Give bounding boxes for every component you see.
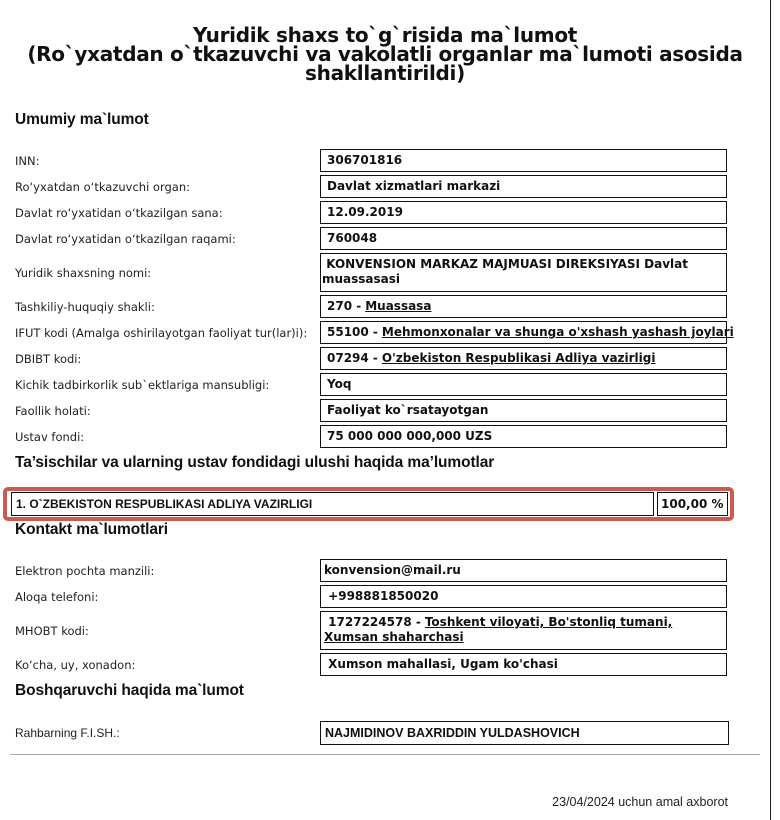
entity-name-text: KONVENSION MARKAZ MAJMUASI DIREKSIYASI D… [322, 257, 720, 287]
value-street-address: Xumson mahallasi, Ugam ko'chasi [320, 653, 727, 676]
label-registration-date: Davlat ro‘yxatidan o‘tkazilgan sana: [15, 201, 223, 224]
label-small-business: Kichik tadbirkorlik sub`ektlariga mansub… [15, 373, 269, 396]
section-contacts-heading: Kontakt ma`lumotlari [15, 521, 168, 539]
title-line-3: shakllantirildi) [0, 64, 770, 83]
value-dbibt-code: 07294 - O'zbekiston Respublikasi Adliya … [320, 347, 727, 370]
value-email: konvension@mail.ru [320, 559, 727, 582]
value-inn: 306701816 [320, 149, 727, 172]
legal-form-link[interactable]: Muassasa [365, 299, 431, 314]
label-director-name: Rahbarning F.I.SH.: [15, 721, 120, 745]
founder-share: 100,00 % [657, 492, 728, 516]
label-mhobt-code: MHOBT kodi: [15, 611, 89, 650]
value-director-name: NAJMIDINOV BAXRIDDIN YULDASHOVICH [320, 721, 729, 745]
legal-form-code: 270 - [327, 299, 361, 314]
label-activity-status: Faollik holati: [15, 399, 91, 422]
value-legal-form: 270 - Muassasa [320, 295, 727, 318]
footer-date-note: 23/04/2024 uchun amal axborot [552, 795, 728, 809]
label-dbibt-code: DBIBT kodi: [15, 347, 81, 370]
founder-name: 1. O`ZBEKISTON RESPUBLIKASI ADLIYA VAZIR… [11, 492, 654, 516]
label-registering-organ: Ro‘yxatdan o‘tkazuvchi organ: [15, 175, 190, 198]
value-registering-organ: Davlat xizmatlari markazi [320, 175, 727, 198]
value-registration-number: 760048 [320, 227, 727, 250]
dbibt-authority-link[interactable]: O'zbekiston Respublikasi Adliya vazirlig… [382, 351, 656, 366]
value-charter-capital: 75 000 000 000,000 UZS [320, 425, 727, 448]
value-registration-date: 12.09.2019 [320, 201, 727, 224]
value-small-business: Yoq [320, 373, 727, 396]
ifut-activity-link[interactable]: Mehmonxonalar va shunga o'xshash yashash… [382, 325, 734, 340]
value-phone: +998881850020 [320, 585, 727, 608]
value-mhobt-code: 1727224578 -Toshkent viloyati, Bo'stonli… [320, 611, 727, 650]
label-email: Elektron pochta manzili: [15, 559, 154, 582]
section-founders-heading: Ta’sischilar va ularning ustav fondidagi… [15, 454, 494, 472]
label-registration-number: Davlat ro‘yxatidan o‘tkazilgan raqami: [15, 227, 236, 250]
value-entity-name: KONVENSION MARKAZ MAJMUASI DIREKSIYASI D… [320, 253, 727, 292]
section-general-heading: Umumiy ma`lumot [15, 111, 149, 129]
value-activity-status: Faoliyat ko`rsatayotgan [320, 399, 727, 422]
value-ifut-code: 55100 - Mehmonxonalar va shunga o'xshash… [320, 321, 727, 344]
label-street-address: Ko‘cha, uy, xonadon: [15, 653, 135, 676]
label-entity-name: Yuridik shaxsning nomi: [15, 253, 151, 292]
dbibt-code: 07294 - [327, 351, 378, 366]
page-border-right [770, 0, 771, 820]
label-ifut-code: IFUT kodi (Amalga oshirilayotgan faoliya… [15, 321, 307, 344]
mhobt-code: 1727224578 - [324, 615, 421, 629]
page-title: Yuridik shaxs to`g`risida ma`lumot (Ro`y… [0, 26, 770, 83]
label-phone: Aloqa telefoni: [15, 585, 98, 608]
label-legal-form: Tashkiliy-huquqiy shakli: [15, 295, 155, 318]
label-charter-capital: Ustav fondi: [15, 425, 84, 448]
section-manager-heading: Boshqaruvchi haqida ma`lumot [15, 682, 244, 700]
label-inn: INN: [15, 149, 39, 172]
ifut-code: 55100 - [327, 325, 378, 340]
divider [10, 754, 760, 755]
